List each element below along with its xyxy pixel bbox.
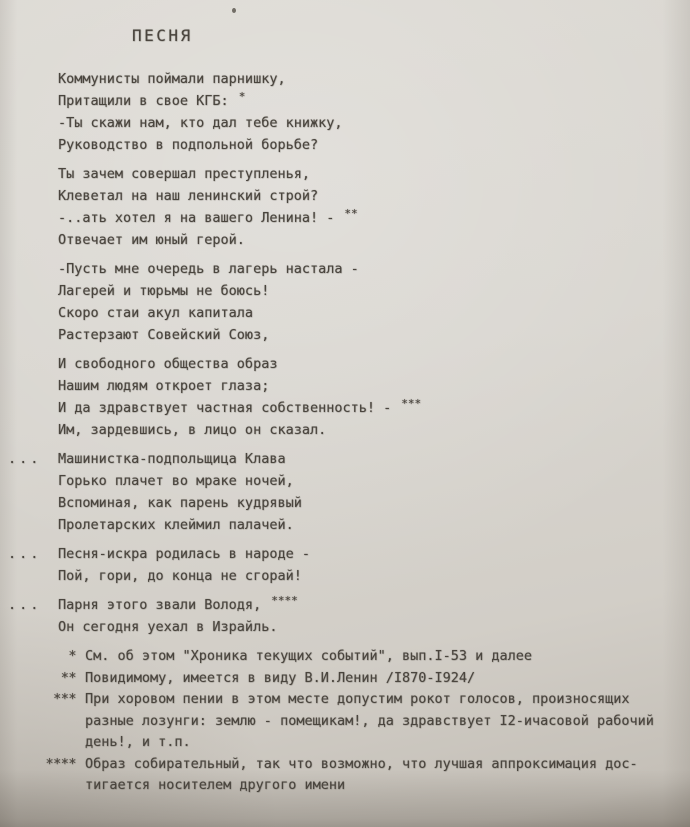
poem-line: ...Машинистка-подпольщица Клава (58, 448, 690, 470)
footnote-ref: * (239, 90, 246, 103)
poem-line: Горько плачет во мраке ночей, (58, 470, 690, 492)
footnote-marker: ** (40, 668, 76, 690)
poem-line-text: И свободного общества образ (58, 356, 277, 372)
footnote-line: См. об этом "Хроника текущих событий", в… (85, 646, 532, 668)
poem-stanza: ...Парня этого звали Володя,****Он сегод… (58, 594, 690, 638)
footnote-text: Образ собирательный, так что возможно, ч… (85, 754, 638, 797)
poem-line-text: -Пусть мне очередь в лагерь настала - (58, 261, 359, 277)
poem-line: Нашим людям откроет глаза; (58, 375, 690, 397)
poem-stanza: Коммунисты поймали парнишку,Притащили в … (58, 68, 690, 156)
poem-line-text: Им, зардевшись, в лицо он сказал. (58, 422, 326, 438)
poem-line: Руководство в подпольной борьбе? (58, 134, 690, 156)
poem-line-text: Лагерей и тюрьмы не боюсь! (58, 283, 269, 299)
poem-line: И свободного общества образ (58, 353, 690, 375)
poem-line-text: Парня этого звали Володя, (58, 597, 261, 613)
footnote: **Повидимому, имеется в виду В.И.Ленин /… (40, 668, 690, 690)
footnote-marker: * (40, 646, 76, 668)
footnote-text: При хоровом пении в этом месте допустим … (85, 689, 654, 754)
footnotes: *См. об этом "Хроника текущих событий", … (40, 646, 690, 797)
stanza-ellipsis: ... (8, 448, 41, 470)
stanza-ellipsis: ... (8, 543, 41, 565)
poem-stanza: И свободного общества образНашим людям о… (58, 353, 690, 441)
poem-line: -Ты скажи нам, кто дал тебе книжку, (58, 112, 690, 134)
poem-line-text: Пой, гори, до конца не сгорай! (58, 568, 302, 584)
poem-line: Скоро стаи акул капитала (58, 302, 690, 324)
poem-line: -Пусть мне очередь в лагерь настала - (58, 258, 690, 280)
poem-line: ...Песня-искра родилась в народе - (58, 543, 690, 565)
poem-line-text: Растерзают Совейский Союз, (58, 327, 269, 343)
poem-line: Лагерей и тюрьмы не боюсь! (58, 280, 690, 302)
footnote-marker: **** (40, 754, 76, 776)
poem-line-text: -..ать хотел я на вашего Ленина! - (58, 210, 334, 226)
page-title: ПЕСНЯ (132, 26, 690, 46)
poem-line: Коммунисты поймали парнишку, (58, 68, 690, 90)
poem-line-text: Нашим людям откроет глаза; (58, 378, 269, 394)
poem-line-text: Песня-искра родилась в народе - (58, 546, 310, 562)
poem-line-text: -Ты скажи нам, кто дал тебе книжку, (58, 115, 342, 131)
footnote-ref: **** (271, 594, 298, 607)
poem-line: -..ать хотел я на вашего Ленина! -** (58, 207, 690, 229)
poem-line-text: Руководство в подпольной борьбе? (58, 137, 318, 153)
poem-line-text: Клеветал на наш ленинский строй? (58, 188, 318, 204)
poem-line: Им, зардевшись, в лицо он сказал. (58, 419, 690, 441)
scanned-page: ПЕСНЯ Коммунисты поймали парнишку,Притащ… (0, 0, 690, 827)
poem-stanza: -Пусть мне очередь в лагерь настала -Лаг… (58, 258, 690, 346)
footnote-line: Повидимому, имеется в виду В.И.Ленин /I8… (85, 668, 475, 690)
poem-line: Притащили в свое КГБ:* (58, 90, 690, 112)
footnote-line: разные лозунги: землю - помещикам!, да з… (85, 711, 654, 733)
poem-line: И да здравствует частная собственность! … (58, 397, 690, 419)
poem-line-text: Пролетарских клеймил палачей. (58, 517, 294, 533)
poem-line-text: Машинистка-подпольщица Клава (58, 451, 286, 467)
footnote-line: день!, и т.п. (85, 732, 654, 754)
poem-line: Растерзают Совейский Союз, (58, 324, 690, 346)
poem-line-text: Он сегодня уехал в Израйль. (58, 619, 277, 635)
poem-line: ...Парня этого звали Володя,**** (58, 594, 690, 616)
poem-line-text: Вспоминая, как парень кудрявый (58, 495, 302, 511)
poem-stanza: ...Песня-искра родилась в народе -Пой, г… (58, 543, 690, 587)
footnote-ref: ** (344, 207, 357, 220)
poem-stanza: Ты зачем совершал преступленья,Клеветал … (58, 163, 690, 251)
footnote-ref: *** (401, 397, 421, 410)
footnote-text: См. об этом "Хроника текущих событий", в… (85, 646, 532, 668)
stanza-ellipsis: ... (8, 594, 41, 616)
footnote-text: Повидимому, имеется в виду В.И.Ленин /I8… (85, 668, 475, 690)
poem-line: Ты зачем совершал преступленья, (58, 163, 690, 185)
poem-line: Вспоминая, как парень кудрявый (58, 492, 690, 514)
poem-line-text: Притащили в свое КГБ: (58, 93, 229, 109)
stray-mark (232, 8, 236, 13)
poem-line-text: Ты зачем совершал преступленья, (58, 166, 310, 182)
poem-line-text: Отвечает им юный герой. (58, 232, 245, 248)
poem-line: Отвечает им юный герой. (58, 229, 690, 251)
poem-line: Он сегодня уехал в Израйль. (58, 616, 690, 638)
poem-line-text: Скоро стаи акул капитала (58, 305, 253, 321)
poem-line-text: И да здравствует частная собственность! … (58, 400, 391, 416)
footnote: ***При хоровом пении в этом месте допуст… (40, 689, 690, 754)
poem-line: Клеветал на наш ленинский строй? (58, 185, 690, 207)
footnote-line: тигается носителем другого имени (85, 775, 638, 797)
poem-line-text: Коммунисты поймали парнишку, (58, 71, 286, 87)
poem-line: Пролетарских клеймил палачей. (58, 514, 690, 536)
footnote-line: При хоровом пении в этом месте допустим … (85, 689, 654, 711)
poem-stanza: ...Машинистка-подпольщица КлаваГорько пл… (58, 448, 690, 536)
poem: Коммунисты поймали парнишку,Притащили в … (58, 68, 690, 638)
footnote: ****Образ собирательный, так что возможн… (40, 754, 690, 797)
poem-line-text: Горько плачет во мраке ночей, (58, 473, 294, 489)
footnote-line: Образ собирательный, так что возможно, ч… (85, 754, 638, 776)
poem-line: Пой, гори, до конца не сгорай! (58, 565, 690, 587)
footnote-marker: *** (40, 689, 76, 711)
footnote: *См. об этом "Хроника текущих событий", … (40, 646, 690, 668)
